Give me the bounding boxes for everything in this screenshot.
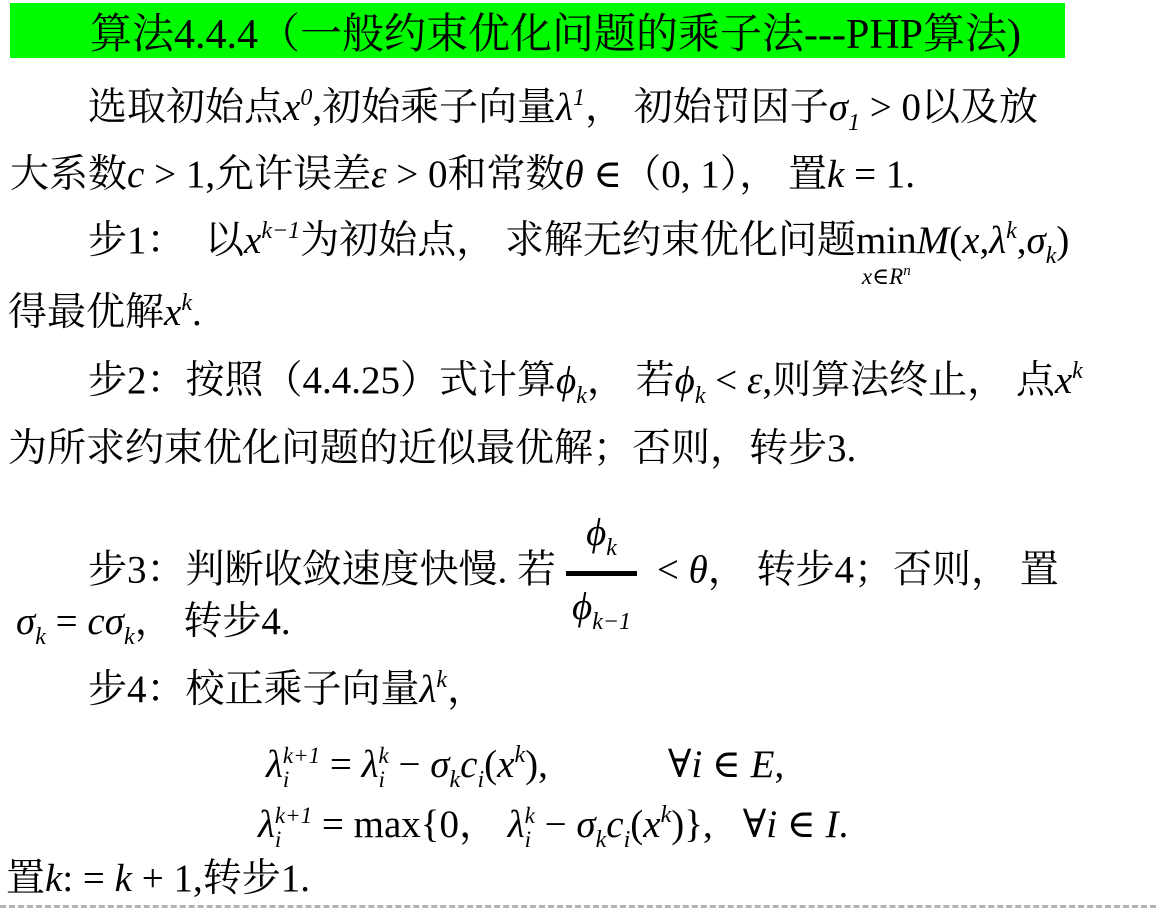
text-run: ( — [484, 743, 497, 786]
bottom-dotted-rule — [0, 905, 1156, 908]
superscript: 1 — [573, 85, 585, 111]
text-run: ， 转步4；否则， 置 — [708, 548, 1059, 591]
text-run: , — [979, 219, 989, 262]
text-run: , — [774, 743, 784, 786]
text-run: . — [838, 803, 848, 846]
math-variable: x — [962, 219, 979, 262]
math-variable: x — [283, 86, 300, 129]
closing-line: 置k: = k + 1,转步1. — [6, 856, 310, 903]
text-run: ∈（0, 1）， 置 — [584, 153, 827, 196]
text-run: ,则算法终止， 点 — [762, 359, 1055, 402]
text-run: ∈ — [702, 743, 750, 786]
math-variable: λ — [266, 743, 283, 786]
math-variable: σ — [1027, 219, 1046, 262]
text-run: ∈ — [777, 803, 825, 846]
step2-line-2: 为所求约束优化问题的近似最优解；否则，转步3. — [8, 426, 856, 473]
text-run: 步4：校正乘子向量 — [88, 668, 420, 711]
stack-subscript: i — [275, 828, 281, 852]
math-variable: I — [825, 803, 838, 846]
superscript: k — [436, 667, 447, 693]
subscript: k — [35, 624, 46, 650]
math-variable: λ — [362, 743, 379, 786]
math-variable: σ — [105, 600, 124, 643]
superscript: k — [514, 742, 525, 768]
step2-line-1: 步2：按照（4.4.25）式计算ϕk， 若ϕk < ε,则算法终止， 点xk — [88, 357, 1083, 411]
text-run: + 1,转步1. — [132, 857, 310, 900]
fraction-numerator: ϕk — [580, 510, 623, 571]
stack-superscript: k — [379, 744, 389, 768]
math-variable: σ — [829, 86, 848, 129]
text-run: = — [320, 743, 362, 786]
math-variable: x — [1055, 359, 1072, 402]
text-run: − — [389, 743, 431, 786]
text-run: 置 — [6, 857, 45, 900]
math-variable: k — [115, 857, 132, 900]
text-run: = 1. — [844, 153, 915, 196]
text-run: : = — [62, 857, 114, 900]
stack-superscript: k — [525, 804, 535, 828]
math-variable: ε — [371, 153, 386, 196]
subscript: k — [450, 767, 461, 793]
subscript: k — [124, 624, 135, 650]
math-variable: x — [164, 291, 181, 334]
fraction-denominator: ϕk−1 — [566, 571, 637, 637]
superscript: k — [181, 290, 192, 316]
superscript: n — [903, 263, 911, 279]
subscript: k — [1046, 243, 1057, 269]
text-run: ∀ — [668, 743, 692, 786]
superscript: k — [661, 802, 672, 828]
math-variable: x — [497, 743, 514, 786]
superscript: k−1 — [261, 218, 300, 244]
document-page: 算法4.4.4（一般约束优化问题的乘子法---PHP算法) 选取初始点x0,初始… — [0, 0, 1156, 912]
text-run: ， 初始罚因子 — [585, 86, 829, 129]
math-variable: σ — [430, 743, 449, 786]
text-run: < — [647, 548, 689, 591]
step4-line-1: 步4：校正乘子向量λk， — [88, 666, 486, 714]
math-variable: λ — [420, 668, 437, 711]
math-variable: σ — [16, 600, 35, 643]
math-variable: E — [751, 743, 775, 786]
math-variable: λ — [258, 803, 275, 846]
subscript: k−1 — [592, 609, 631, 635]
limit-below: x∈Rn — [862, 262, 911, 291]
text-run: 步1： 以 — [88, 219, 244, 262]
fraction: ϕkϕk−1 — [566, 510, 637, 637]
math-variable: ϕ — [572, 585, 592, 628]
text-run: ， 若 — [587, 359, 675, 402]
text-run: > 0和常数 — [386, 153, 564, 196]
init-paragraph-line-2: 大系数c > 1,允许误差ε > 0和常数θ ∈（0, 1）， 置k = 1. — [10, 152, 915, 199]
text-run: ,初始乘子向量 — [312, 86, 556, 129]
stack-superscript: k+1 — [275, 804, 312, 828]
math-variable: c — [460, 743, 477, 786]
math-variable: x — [862, 264, 872, 289]
superscript: k — [1006, 218, 1017, 244]
supsub-stack: k+1i — [283, 744, 320, 792]
stack-subscript: i — [283, 768, 289, 792]
supsub-stack: k+1i — [275, 804, 312, 852]
math-variable: ϕ — [556, 359, 576, 402]
text-run: = max{0， — [312, 803, 508, 846]
text-run: min — [856, 219, 917, 262]
text-run: ( — [949, 219, 962, 262]
subscript: 1 — [848, 110, 860, 136]
math-variable: M — [917, 219, 950, 262]
step3-line-2: σk = cσk， 转步4. — [16, 599, 291, 652]
subscript: k — [606, 535, 617, 561]
math-variable: λ — [989, 219, 1006, 262]
text-run: ( — [630, 803, 643, 846]
supsub-stack: ki — [525, 804, 535, 852]
title-bar: 算法4.4.4（一般约束优化问题的乘子法---PHP算法) — [10, 3, 1065, 58]
text-run: 步2：按照（4.4.25）式计算 — [88, 359, 556, 402]
math-variable: x — [643, 803, 660, 846]
text-run: ) — [1056, 219, 1069, 262]
text-run: ， 转步4. — [135, 600, 291, 643]
stack-superscript: k+1 — [283, 744, 320, 768]
math-variable: i — [691, 743, 702, 786]
limit-main: min — [856, 219, 917, 262]
text-run: , — [1017, 219, 1027, 262]
text-run: 为初始点， 求解无约束优化问题 — [300, 219, 856, 262]
text-run: > 0以及放 — [860, 86, 1038, 129]
math-variable: c — [127, 153, 144, 196]
superscript: 0 — [300, 85, 312, 111]
math-variable: ϕ — [586, 511, 606, 554]
math-variable: k — [827, 153, 844, 196]
stack-subscript: i — [525, 828, 531, 852]
limit-operator: minx∈Rn — [856, 218, 917, 265]
text-run: ), — [525, 743, 548, 786]
math-variable: ε — [747, 359, 762, 402]
text-run: . — [192, 291, 202, 334]
supsub-stack: ki — [379, 744, 389, 792]
stack-subscript: i — [379, 768, 385, 792]
math-variable: θ — [564, 153, 583, 196]
subscript: k — [596, 827, 607, 853]
text-run: 得最优解 — [8, 291, 164, 334]
subscript: k — [576, 383, 587, 409]
text-run: 选取初始点 — [88, 86, 283, 129]
superscript: k — [1072, 358, 1083, 384]
text-run: 大系数 — [10, 153, 127, 196]
step1-line-1: 步1： 以xk−1为初始点， 求解无约束优化问题minx∈RnM(x,λk,σk… — [88, 217, 1069, 271]
text-run: − — [535, 803, 577, 846]
text-run: 为所求约束优化问题的近似最优解；否则，转步3. — [8, 427, 856, 470]
math-variable: λ — [508, 803, 525, 846]
text-run: 步3：判断收敛速度快慢. 若 — [88, 548, 556, 591]
math-variable: λ — [556, 86, 573, 129]
text-run: ∀ — [743, 803, 767, 846]
text-run: = — [46, 600, 88, 643]
math-variable: c — [87, 600, 104, 643]
text-run: )}, — [671, 803, 712, 846]
text-run: ， — [447, 668, 486, 711]
math-variable: c — [606, 803, 623, 846]
step4-formula-inequality: λk+1i = max{0， λki − σkci(xk)},∀i ∈ I. — [258, 801, 848, 855]
subscript: k — [695, 383, 706, 409]
math-variable: ϕ — [675, 359, 695, 402]
text-run: < — [705, 359, 747, 402]
math-variable: i — [766, 803, 777, 846]
step1-line-2: 得最优解xk. — [8, 289, 202, 337]
page-title: 算法4.4.4（一般约束优化问题的乘子法---PHP算法) — [90, 1, 1021, 61]
math-variable: k — [45, 857, 62, 900]
init-paragraph-line-1: 选取初始点x0,初始乘子向量λ1， 初始罚因子σ1 > 0以及放 — [88, 84, 1038, 138]
text-run: ∈ — [872, 264, 889, 289]
math-variable: θ — [689, 548, 708, 591]
step4-formula-equality: λk+1i = λki − σkci(xk),∀i ∈ E, — [266, 741, 784, 795]
math-variable: σ — [576, 803, 595, 846]
math-variable: R — [889, 264, 903, 289]
text-run: > 1,允许误差 — [144, 153, 371, 196]
math-variable: x — [244, 219, 261, 262]
